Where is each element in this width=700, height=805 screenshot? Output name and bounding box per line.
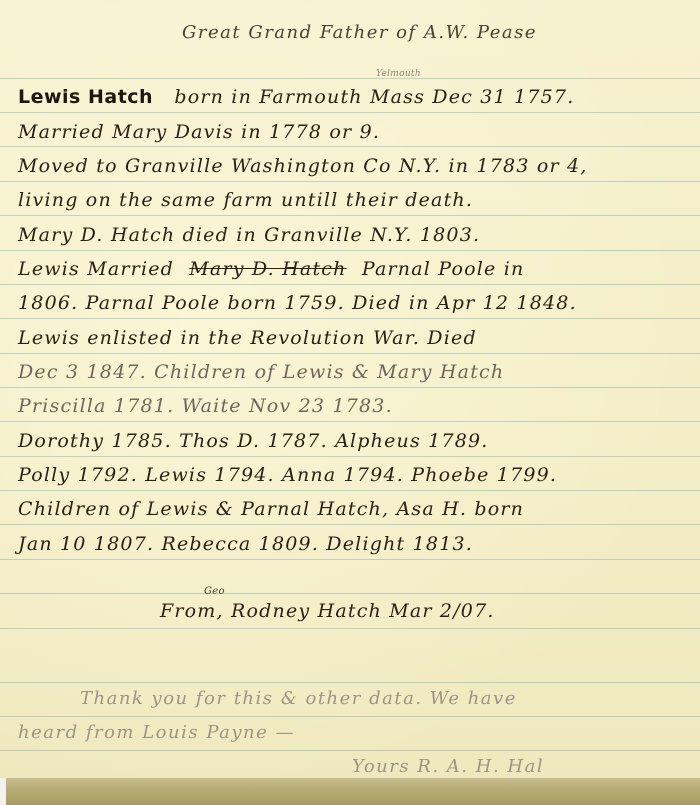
rule-line: [0, 284, 700, 285]
page-corner: [0, 778, 6, 805]
text-line-1: Lewis Hatch born in Farmouth Mass Dec 31…: [18, 86, 574, 108]
rule-line: [0, 181, 700, 182]
rule-line: [0, 559, 700, 560]
rule-line: [0, 318, 700, 319]
rule-line: [0, 421, 700, 422]
annotation-yelmouth: Yelmouth: [376, 69, 421, 79]
struck-text: Mary D. Hatch: [189, 258, 346, 280]
pencil-note-line-1: Thank you for this & other data. We have: [80, 688, 517, 709]
rule-line: [0, 716, 700, 717]
text-line-14: Jan 10 1807. Rebecca 1809. Delight 1813.: [18, 533, 473, 555]
pencil-note-line-2: heard from Louis Payne —: [18, 722, 295, 743]
pencil-note-closing: Yours R. A. H. Hal: [352, 756, 544, 777]
text-line-4: living on the same farm untill their dea…: [18, 189, 473, 211]
rule-line: [0, 750, 700, 751]
subject-name: Lewis Hatch: [18, 86, 153, 108]
rule-line: [0, 593, 700, 594]
line-text: Lewis Married: [18, 258, 174, 280]
rule-line: [0, 524, 700, 525]
signature-insert: Geo: [204, 586, 225, 597]
rule-line: [0, 456, 700, 457]
text-line-6: Lewis Married Mary D. Hatch Parnal Poole…: [18, 258, 524, 280]
rule-line: [0, 490, 700, 491]
signature-line: From, Rodney Hatch Mar 2/07.: [160, 600, 495, 622]
rule-line: [0, 250, 700, 251]
text-line-9: Dec 3 1847. Children of Lewis & Mary Hat…: [18, 361, 504, 383]
letter-page: Great Grand Father of A.W. Pease Yelmout…: [0, 0, 700, 805]
letter-heading: Great Grand Father of A.W. Pease: [182, 22, 537, 43]
text-line-5: Mary D. Hatch died in Granville N.Y. 180…: [18, 224, 480, 246]
text-line-3: Moved to Granville Washington Co N.Y. in…: [18, 155, 588, 177]
text-line-12: Polly 1792. Lewis 1794. Anna 1794. Phoeb…: [18, 464, 557, 486]
page-bottom-edge: [0, 778, 700, 805]
rule-line: [0, 628, 700, 629]
rule-line: [0, 146, 700, 147]
text-line-8: Lewis enlisted in the Revolution War. Di…: [18, 327, 477, 349]
text-line-11: Dorothy 1785. Thos D. 1787. Alpheus 1789…: [18, 430, 489, 452]
rule-line: [0, 387, 700, 388]
rule-line: [0, 682, 700, 683]
text-line-13: Children of Lewis & Parnal Hatch, Asa H.…: [18, 498, 524, 520]
rule-line: [0, 353, 700, 354]
text-line-7: 1806. Parnal Poole born 1759. Died in Ap…: [18, 292, 577, 314]
rule-line: [0, 78, 700, 79]
line-text: born in Farmouth Mass Dec 31 1757.: [174, 86, 574, 108]
rule-line: [0, 112, 700, 113]
text-line-10: Priscilla 1781. Waite Nov 23 1783.: [18, 395, 393, 417]
text-line-2: Married Mary Davis in 1778 or 9.: [18, 121, 380, 143]
rule-line: [0, 215, 700, 216]
line-text: Parnal Poole in: [362, 258, 525, 280]
